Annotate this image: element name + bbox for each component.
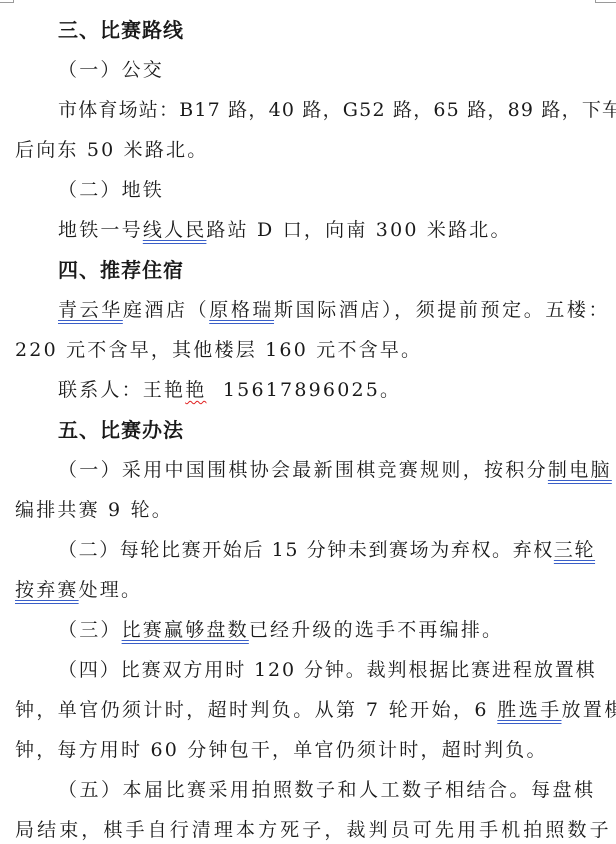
metro-text-suffix: 路站 D 口，向南 300 米路北。 xyxy=(206,219,511,241)
section-heading-route: 三、比赛路线 xyxy=(58,10,184,50)
rule-5-line-1: （五）本届比赛采用拍照数子和人工数子相结合。每盘棋 xyxy=(58,770,596,810)
rule-label: （三） xyxy=(58,619,122,641)
rule-text: （一）采用中国围棋协会最新围棋竞赛规则，按积分 xyxy=(58,459,548,481)
bus-info-line-2: 后向东 50 米路北。 xyxy=(15,130,208,170)
subheading-bus: （一）公交 xyxy=(58,50,164,90)
rule-text: 放置棋 xyxy=(562,699,616,721)
rule-text: 已经升级的选手不再编排。 xyxy=(249,619,503,641)
grammar-flagged-text[interactable]: 青云华 xyxy=(58,299,123,321)
metro-text-prefix: 地铁一号 xyxy=(58,219,143,241)
grammar-flagged-text[interactable]: 三轮 xyxy=(554,539,595,561)
rule-2-line-2: 按弃赛处理。 xyxy=(15,570,142,610)
contact-line: 联系人：王艳艳 15617896025。 xyxy=(58,370,401,410)
grammar-flagged-text[interactable]: 线人民 xyxy=(143,219,207,241)
hotel-info-line-2: 220 元不含早，其他楼层 160 元不含早。 xyxy=(15,330,422,370)
grammar-flagged-text[interactable]: 制电脑 xyxy=(548,459,612,481)
grammar-flagged-text[interactable]: 原格瑞 xyxy=(209,299,274,321)
contact-phone: 15617896025。 xyxy=(206,379,401,401)
rule-4-line-2: 钟，单官仍须计时，超时判负。从第 7 轮开始，6 胜选手放置棋 xyxy=(15,690,616,730)
hotel-info-line-1: 青云华庭酒店（原格瑞斯国际酒店），须提前预定。五楼： xyxy=(58,290,610,330)
grammar-flagged-text[interactable]: 按弃赛 xyxy=(15,579,79,601)
rule-1-line-2: 编排共赛 9 轮。 xyxy=(15,490,173,530)
rule-2-line-1: （二）每轮比赛开始后 15 分钟未到赛场为弃权。弃权三轮 xyxy=(58,530,595,570)
rule-text: 钟，单官仍须计时，超时判负。从第 7 轮开始，6 xyxy=(15,699,497,721)
rule-3-line: （三）比赛赢够盘数已经升级的选手不再编排。 xyxy=(58,610,503,650)
hotel-text: 庭酒店（ xyxy=(123,299,209,321)
section-heading-lodging: 四、推荐住宿 xyxy=(58,250,184,290)
rule-text: （二）每轮比赛开始后 15 分钟未到赛场为弃权。弃权 xyxy=(58,539,554,561)
bus-info-line-1: 市体育场站：B17 路，40 路，G52 路，65 路，89 路，下车 xyxy=(58,90,616,130)
spelling-flagged-text[interactable]: 艳 xyxy=(185,379,206,401)
rule-1-line-1: （一）采用中国围棋协会最新围棋竞赛规则，按积分制电脑 xyxy=(58,450,612,490)
contact-text: 联系人：王艳 xyxy=(58,379,185,401)
rule-5-line-2: 局结束，棋手自行清理本方死子，裁判员可先用手机拍照数子 xyxy=(15,810,612,844)
grammar-flagged-text[interactable]: 胜选手 xyxy=(497,699,561,721)
crop-mark-top-right xyxy=(595,0,616,3)
rule-text: 处理。 xyxy=(79,579,143,601)
section-heading-rules: 五、比赛办法 xyxy=(58,410,184,450)
rule-4-line-1: （四）比赛双方用时 120 分钟。裁判根据比赛进程放置棋 xyxy=(58,650,597,690)
crop-mark-top-left xyxy=(0,0,14,3)
grammar-flagged-text[interactable]: 比赛赢够盘数 xyxy=(122,619,249,641)
hotel-text: 斯国际酒店），须提前预定。五楼： xyxy=(274,299,610,321)
rule-4-line-3: 钟，每方用时 60 分钟包干，单官仍须计时，超时判负。 xyxy=(15,730,548,770)
metro-info-line: 地铁一号线人民路站 D 口，向南 300 米路北。 xyxy=(58,210,512,250)
subheading-metro: （二）地铁 xyxy=(58,170,164,210)
